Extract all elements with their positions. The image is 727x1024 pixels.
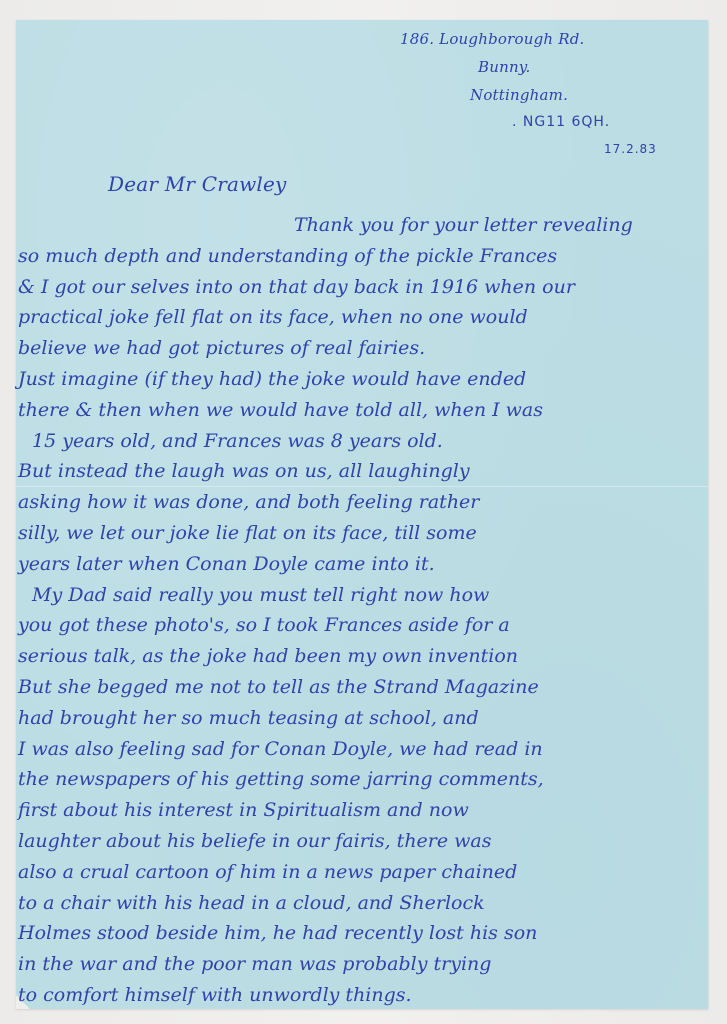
body-line: laughter about his beliefe in our fairis… (18, 826, 690, 857)
address-city: Nottingham. (470, 86, 568, 104)
body-line: Holmes stood beside him, he had recently… (18, 918, 690, 949)
body-line: asking how it was done, and both feeling… (18, 487, 690, 518)
body-line: there & then when we would have told all… (18, 395, 690, 426)
body-line: the newspapers of his getting some jarri… (18, 764, 690, 795)
letter-body: Thank you for your letter revealing so m… (18, 210, 690, 1011)
address-postcode: . NG11 6QH. (512, 114, 610, 130)
body-line: serious talk, as the joke had been my ow… (18, 641, 690, 672)
body-line: But she begged me not to tell as the Str… (18, 672, 690, 703)
body-line: Just imagine (if they had) the joke woul… (18, 364, 690, 395)
scan-background: 186. Loughborough Rd. Bunny. Nottingham.… (0, 0, 727, 1024)
body-line: & I got our selves into on that day back… (18, 272, 690, 303)
body-line: years later when Conan Doyle came into i… (18, 549, 690, 580)
body-line: first about his interest in Spiritualism… (18, 795, 690, 826)
address-street: 186. Loughborough Rd. (400, 30, 584, 48)
body-line: believe we had got pictures of real fair… (18, 333, 690, 364)
body-line: you got these photo's, so I took Frances… (18, 610, 690, 641)
body-line: practical joke fell flat on its face, wh… (18, 302, 690, 333)
body-line: Thank you for your letter revealing (18, 210, 690, 241)
body-line: silly, we let our joke lie flat on its f… (18, 518, 690, 549)
body-line: But instead the laugh was on us, all lau… (18, 456, 690, 487)
body-line: to a chair with his head in a cloud, and… (18, 888, 690, 919)
body-line: so much depth and understanding of the p… (18, 241, 690, 272)
salutation: Dear Mr Crawley (108, 172, 287, 196)
body-line: had brought her so much teasing at schoo… (18, 703, 690, 734)
address-village: Bunny. (478, 58, 530, 76)
body-line: I was also feeling sad for Conan Doyle, … (18, 734, 690, 765)
body-line: also a crual cartoon of him in a news pa… (18, 857, 690, 888)
letter-date: 17.2.83 (604, 142, 657, 156)
body-line: 15 years old, and Frances was 8 years ol… (18, 426, 690, 457)
body-line: to comfort himself with unwordly things. (18, 980, 690, 1011)
body-line: My Dad said really you must tell right n… (18, 580, 690, 611)
body-line: in the war and the poor man was probably… (18, 949, 690, 980)
